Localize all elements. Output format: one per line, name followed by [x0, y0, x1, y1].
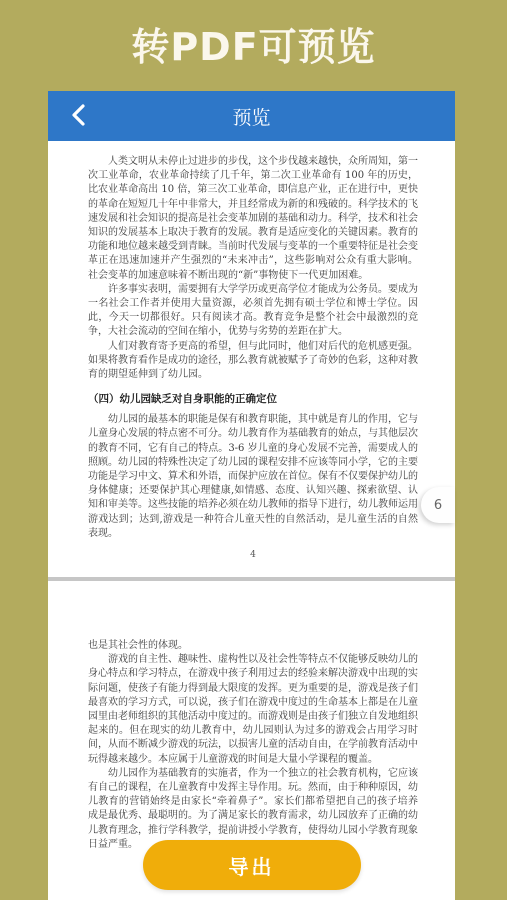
preview-card: 预览 人类文明从未停止过进步的步伐，这个步伐越来越快，众所周知，第一次工业革命，…	[48, 91, 455, 900]
header-title: 预览	[232, 103, 270, 130]
doc-paragraph: 也是其社会性的体现。	[88, 639, 418, 653]
doc-paragraph: 人类文明从未停止过进步的步伐，这个步伐越来越快，众所周知，第一次工业革命，农业革…	[88, 155, 418, 283]
back-button[interactable]	[58, 91, 98, 141]
export-button[interactable]: 导出	[143, 840, 361, 890]
banner-title: 转PDF可预览	[0, 16, 507, 71]
doc-paragraph: 人们对教育寄予更高的希望，但与此同时，他们对后代的危机感更强。如果将教育看作是成…	[88, 340, 418, 383]
page-scroll-badge[interactable]: 6	[421, 487, 455, 523]
doc-paragraph: 许多事实表明，需要拥有大学学历或更高学位才能成为公务员。要成为一名社会工作者并使…	[88, 283, 418, 340]
chevron-left-icon	[71, 104, 85, 129]
page-number: 4	[88, 550, 418, 560]
doc-paragraph: 游戏的自主性、趣味性、虚构性以及社会性等特点不仅能够反映幼儿的身心特点和学习特点…	[88, 653, 418, 767]
doc-heading: （四）幼儿园缺乏对自身职能的正确定位	[88, 391, 418, 406]
doc-paragraph: 幼儿园的最基本的职能是保有和教育职能，其中就是育儿的作用，它与儿童身心发展的特点…	[88, 413, 418, 541]
app-screen: 转PDF可预览 预览 人类文明从未停止过进步的步伐，这个步伐越来越快，众所周知，…	[0, 0, 507, 900]
preview-header: 预览	[48, 91, 455, 141]
document-page-1[interactable]: 人类文明从未停止过进步的步伐，这个步伐越来越快，众所周知，第一次工业革命，农业革…	[48, 141, 455, 577]
